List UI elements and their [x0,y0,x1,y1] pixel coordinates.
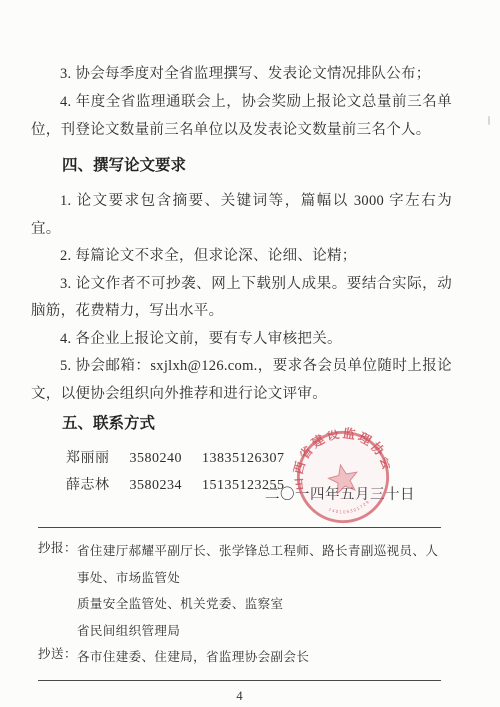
scan-artifact-speck [488,116,490,125]
contact-name: 薛志林 [66,472,110,499]
contact-phone: 3580240 [130,445,183,472]
writing-item-1: 1. 论文要求包含摘要、关键词等，篇幅以 3000 字左右为宜。 [31,188,452,243]
copy-report-block: 抄报： 省住建厅郝耀平副厅长、张学锋总工程师、路长青副巡视员、人事处、市场监管处… [38,538,441,644]
section-heading-writing-requirements: 四、撰写论文要求 [31,154,452,178]
writing-item-2: 2. 每篇论文不求全，但求论深、论细、论精； [31,243,452,271]
copy-send-label: 抄送： [38,644,77,671]
contact-mobile: 13835126307 [202,445,285,472]
writing-requirements-list: 1. 论文要求包含摘要、关键词等，篇幅以 3000 字左右为宜。 2. 每篇论文… [31,188,452,408]
document-body: 3. 协会每季度对全省监理撰写、发表论文情况排队公布； 4. 年度全省监理通联会… [31,60,452,499]
paragraph-item-4: 4. 年度全省监理通联会上，协会奖励上报论文总量前三名单位，刊登论文数量前三名单… [31,88,452,144]
copy-report-line: 省住建厅郝耀平副厅长、张学锋总工程师、路长青副巡视员、人事处、市场监管处 [77,538,441,591]
scanned-document-page: 3. 协会每季度对全省监理撰写、发表论文情况排队公布； 4. 年度全省监理通联会… [0,0,500,707]
copy-report-line: 质量安全监管处、机关党委、监察室 [77,591,441,618]
contact-row: 郑丽丽 3580240 13835126307 [31,445,452,472]
copy-report-line: 省民间组织管理局 [77,618,441,645]
writing-item-4: 4. 各企业上报论文前，要有专人审核把关。 [31,326,452,354]
scan-artifact-speck [299,127,302,129]
footer-bottom-divider [38,680,441,681]
copy-send-line: 各市住建委、住建局，省监理协会副会长 [77,644,309,671]
contact-phone: 3580234 [130,472,183,499]
writing-item-5: 5. 协会邮箱：sxjlxh@126.com.，要求各会员单位随时上报论文，以便… [31,353,452,408]
page-number: 4 [38,689,441,704]
document-date: 二〇一四年五月三十日 [265,483,415,504]
writing-item-3: 3. 论文作者不可抄袭、网上下载别人成果。要结合实际，动脑筋，花费精力，写出水平… [31,271,452,326]
section-heading-contact: 五、联系方式 [31,412,452,436]
document-footer: 抄报： 省住建厅郝耀平副厅长、张学锋总工程师、路长青副巡视员、人事处、市场监管处… [38,527,441,704]
copy-send-block: 抄送： 各市住建委、住建局，省监理协会副会长 [38,644,441,671]
footer-top-divider [38,527,441,528]
copy-report-label: 抄报： [38,538,77,644]
paragraph-item-3: 3. 协会每季度对全省监理撰写、发表论文情况排队公布； [31,60,452,88]
contact-name: 郑丽丽 [66,445,110,472]
copy-report-lines: 省住建厅郝耀平副厅长、张学锋总工程师、路长青副巡视员、人事处、市场监管处 质量安… [77,538,441,644]
